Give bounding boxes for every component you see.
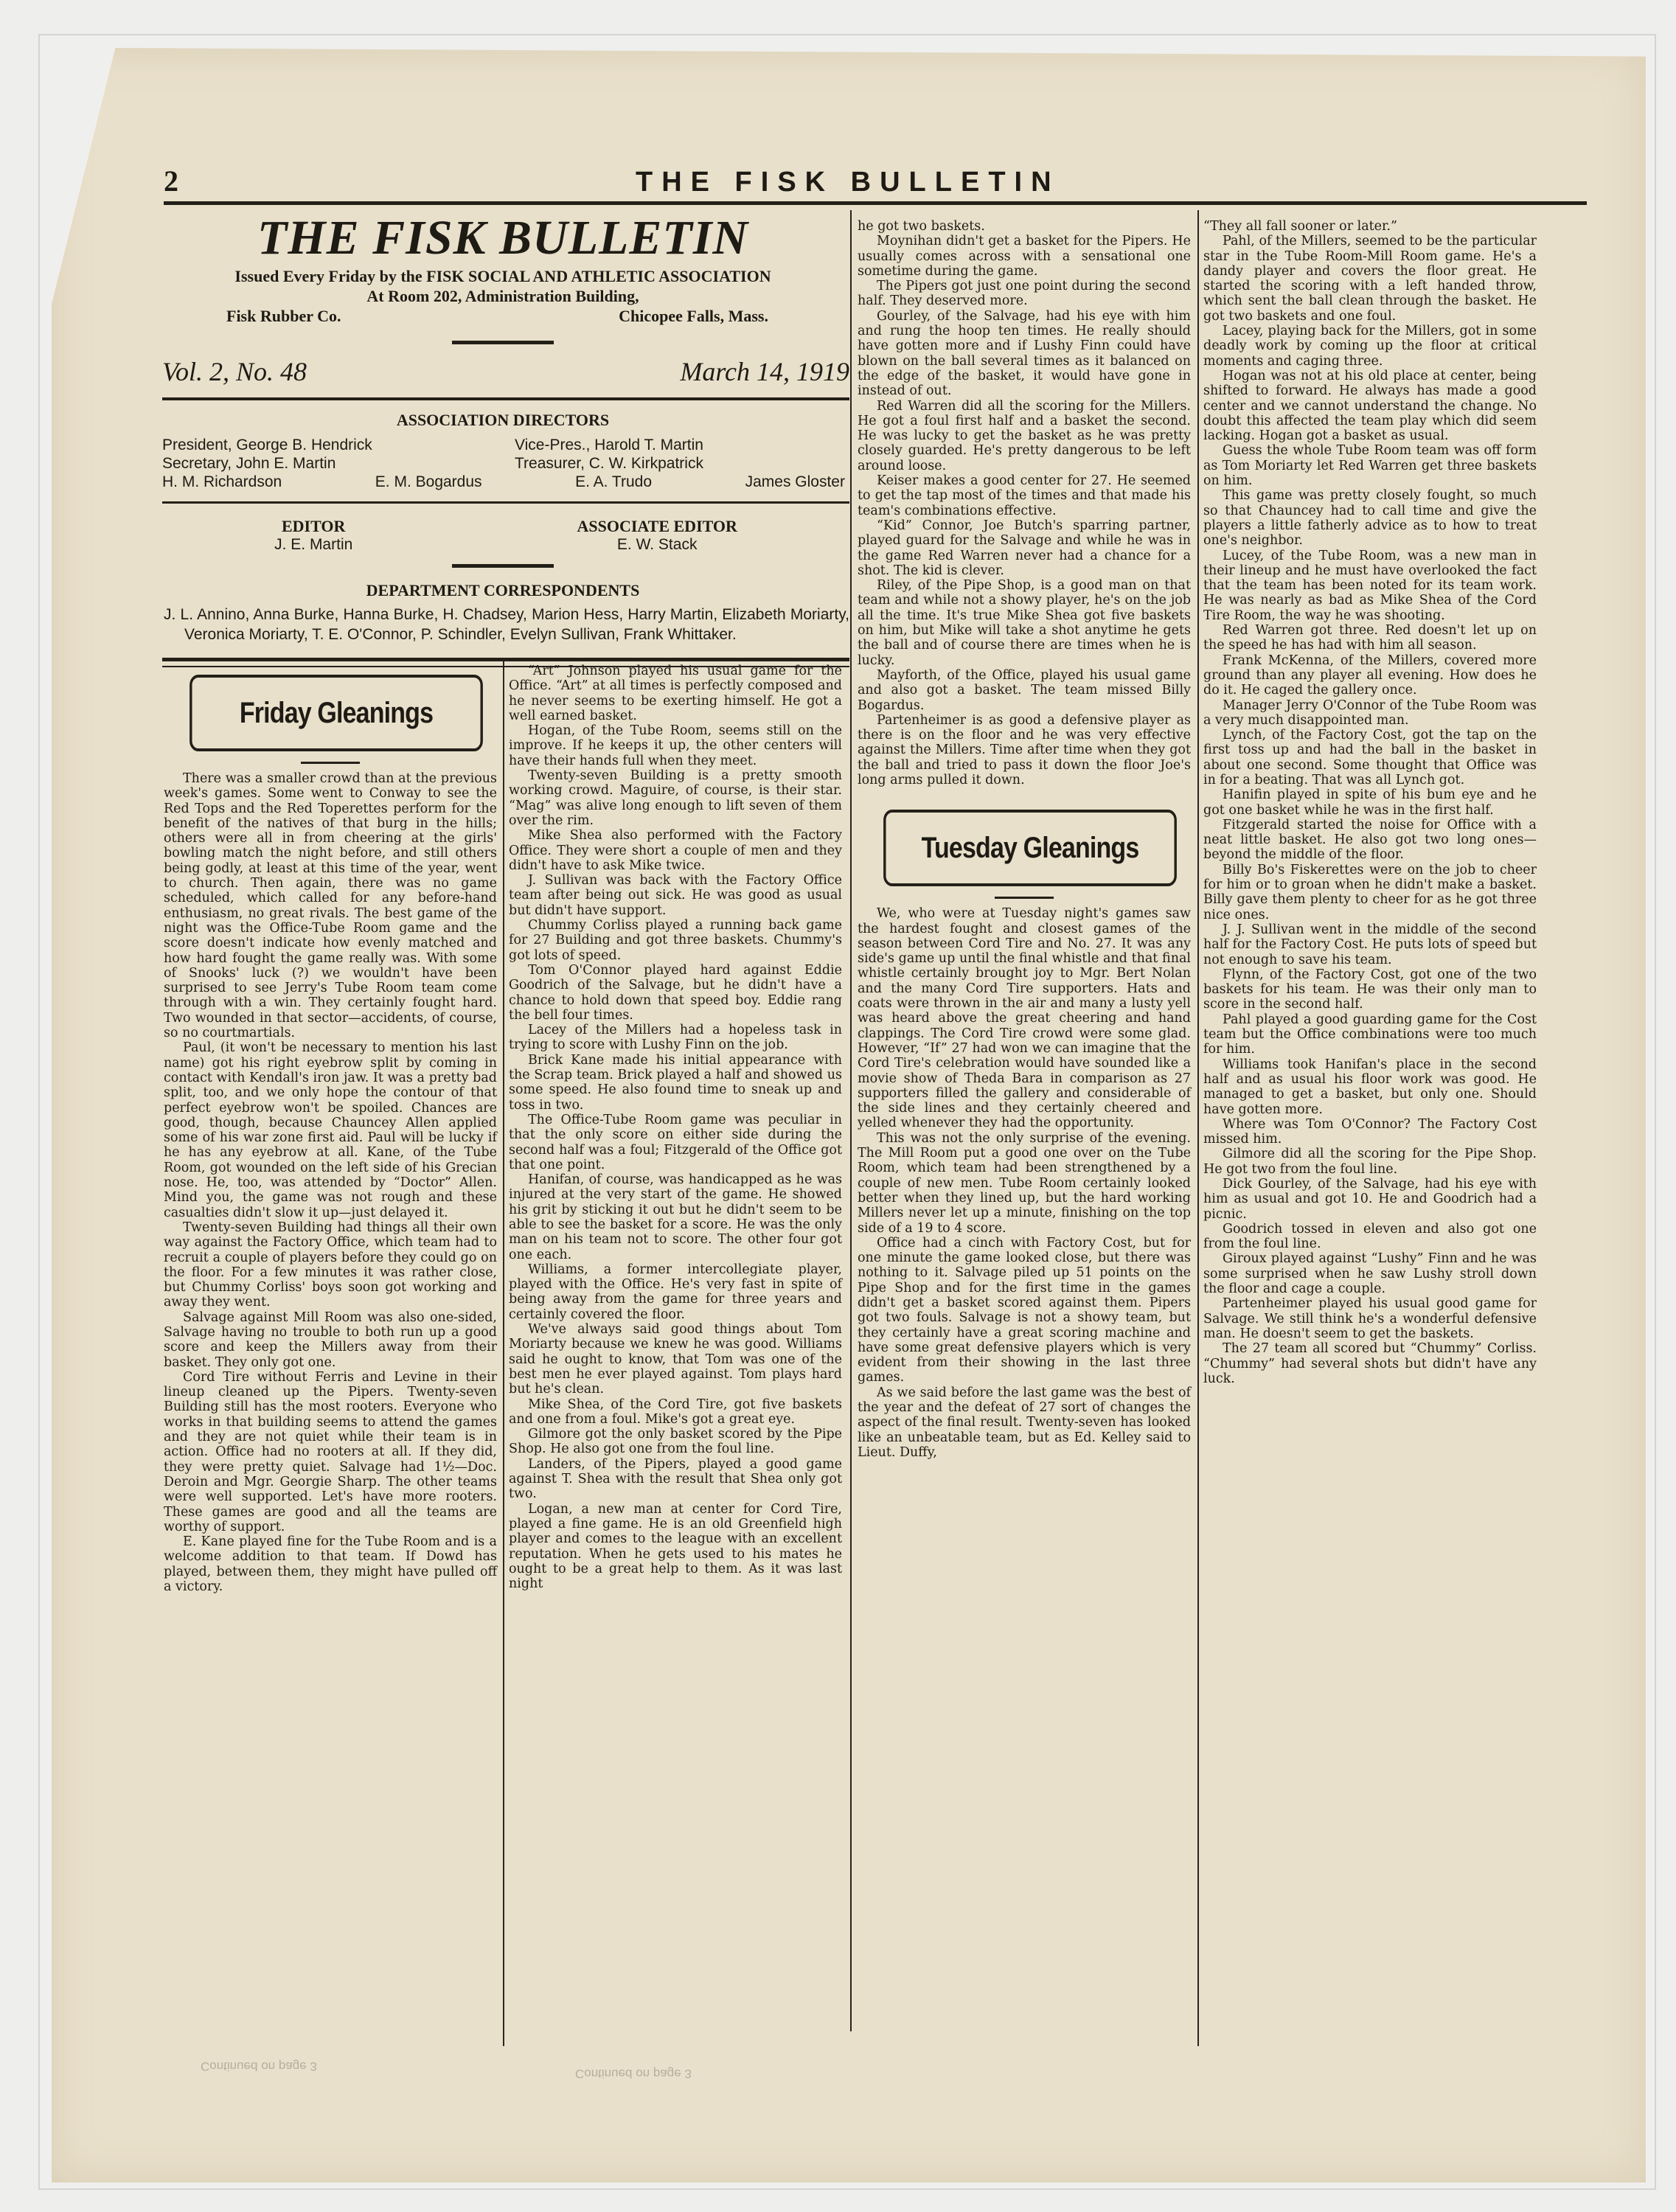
column-rule [850, 210, 852, 2031]
masthead: THE FISK BULLETIN Issued Every Friday by… [156, 210, 849, 667]
directors-list: President, George B. Hendrick Vice-Pres.… [162, 436, 849, 491]
director-treasurer: Treasurer, C. W. Kirkpatrick [515, 454, 703, 473]
director-member: H. M. Richardson [162, 473, 282, 491]
article-paragraph: Williams took Hanifan's place in the sec… [1203, 1057, 1537, 1117]
article-paragraph: Manager Jerry O'Connor of the Tube Room … [1203, 698, 1537, 728]
associate-editor-name: E. W. Stack [577, 536, 737, 554]
article-paragraph: Fitzgerald started the noise for Office … [1203, 818, 1537, 863]
divider [995, 897, 1054, 899]
article-paragraph: he got two baskets. [858, 219, 1191, 234]
director-member: E. A. Trudo [575, 473, 652, 491]
article-paragraph: Logan, a new man at center for Cord Tire… [509, 1502, 842, 1592]
article-paragraph: Chummy Corliss played a running back gam… [509, 918, 842, 963]
column-rule [1197, 210, 1199, 2046]
article-paragraph: Mike Shea also performed with the Factor… [509, 828, 842, 873]
article-paragraph: Hanifin played in spite of his bum eye a… [1203, 787, 1537, 818]
issue-date: March 14, 1919 [680, 356, 849, 387]
article-paragraph: Partenheimer is as good a defensive play… [858, 713, 1191, 787]
article-paragraph: Pahl, of the Millers, seemed to be the p… [1203, 234, 1537, 324]
article-paragraph: The Pipers got just one point during the… [858, 279, 1191, 309]
column-3: he got two baskets.Moynihan didn't get a… [858, 219, 1191, 1460]
article-paragraph: Mike Shea, of the Cord Tire, got five ba… [509, 1397, 842, 1427]
article-paragraph: Flynn, of the Factory Cost, got one of t… [1203, 967, 1537, 1012]
correspondents-list: J. L. Annino, Anna Burke, Hanna Burke, H… [164, 605, 849, 644]
article-paragraph: Keiser makes a good center for 27. He se… [858, 473, 1191, 518]
masthead-issued-by: Issued Every Friday by the FISK SOCIAL A… [156, 266, 849, 286]
article-paragraph: Hanifan, of course, was handicapped as h… [509, 1172, 842, 1262]
article-paragraph: Dick Gourley, of the Salvage, had his ey… [1203, 1177, 1537, 1222]
running-title: THE FISK BULLETIN [636, 167, 1060, 198]
top-rule [164, 201, 1587, 205]
masthead-address: At Room 202, Administration Building, [156, 286, 849, 306]
article-paragraph: Paul, (it won't be necessary to mention … [164, 1040, 497, 1220]
article-paragraph: Frank McKenna, of the Millers, covered m… [1203, 653, 1537, 698]
director-president: President, George B. Hendrick [162, 436, 515, 454]
article-body: There was a smaller crowd than at the pr… [164, 771, 497, 1594]
article-paragraph: “Kid” Connor, Joe Butch's sparring partn… [858, 518, 1191, 578]
article-paragraph: Lynch, of the Factory Cost, got the tap … [1203, 728, 1537, 787]
article-paragraph: As we said before the last game was the … [858, 1385, 1191, 1460]
bleed-through-text: Continued on page 3 [201, 2059, 317, 2073]
divider [301, 762, 360, 764]
article-paragraph: Guess the whole Tube Room team was off f… [1203, 443, 1537, 488]
article-paragraph: J. J. Sullivan went in the middle of the… [1203, 922, 1537, 967]
article-paragraph: Red Warren got three. Red doesn't let up… [1203, 623, 1537, 653]
article-body: We, who were at Tuesday night's games sa… [858, 906, 1191, 1460]
article-paragraph: Tom O'Connor played hard against Eddie G… [509, 963, 842, 1023]
article-paragraph: This game was pretty closely fought, so … [1203, 488, 1537, 548]
article-paragraph: Mayforth, of the Office, played his usua… [858, 668, 1191, 713]
article-paragraph: Moynihan didn't get a basket for the Pip… [858, 234, 1191, 279]
article-paragraph: There was a smaller crowd than at the pr… [164, 771, 497, 1040]
correspondents-heading: DEPARTMENT CORRESPONDENTS [156, 581, 849, 600]
editors-block: EDITOR J. E. Martin ASSOCIATE EDITOR E. … [162, 517, 849, 554]
article-paragraph: Where was Tom O'Connor? The Factory Cost… [1203, 1117, 1537, 1147]
article-paragraph: E. Kane played fine for the Tube Room an… [164, 1534, 497, 1594]
article-body: he got two baskets.Moynihan didn't get a… [858, 219, 1191, 787]
article-paragraph: Gilmore got the only basket scored by th… [509, 1427, 842, 1457]
friday-gleanings-column-1: Friday Gleanings There was a smaller cro… [164, 675, 497, 1594]
article-paragraph: Brick Kane made his initial appearance w… [509, 1053, 842, 1113]
friday-gleanings-heading: Friday Gleanings [189, 675, 483, 751]
article-paragraph: Cord Tire without Ferris and Levine in t… [164, 1370, 497, 1534]
bleed-through-text: Continued on page 3 [575, 2066, 692, 2081]
article-paragraph: We, who were at Tuesday night's games sa… [858, 906, 1191, 1130]
article-paragraph: Lacey of the Millers had a hopeless task… [509, 1023, 842, 1053]
newspaper-page: 2 THE FISK BULLETIN THE FISK BULLETIN Is… [0, 0, 1676, 2212]
article-body: “They all fall sooner or later.”Pahl, of… [1203, 219, 1537, 1386]
tuesday-gleanings-heading: Tuesday Gleanings [883, 810, 1177, 886]
article-paragraph: Williams, a former intercollegiate playe… [509, 1262, 842, 1322]
article-paragraph: We've always said good things about Tom … [509, 1322, 842, 1397]
column-rule [503, 660, 504, 2046]
masthead-title: THE FISK BULLETIN [156, 210, 849, 266]
article-paragraph: Lacey, playing back for the Millers, got… [1203, 324, 1537, 369]
article-paragraph: Goodrich tossed in eleven and also got o… [1203, 1222, 1537, 1252]
article-paragraph: Gilmore did all the scoring for the Pipe… [1203, 1147, 1537, 1177]
friday-gleanings-column-2: “Art” Johnson played his usual game for … [509, 664, 842, 1591]
article-paragraph: The 27 team all scored but “Chummy” Corl… [1203, 1341, 1537, 1386]
director-vice-president: Vice-Pres., Harold T. Martin [515, 436, 703, 454]
divider [162, 397, 849, 400]
tuesday-gleanings-column-4: “They all fall sooner or later.”Pahl, of… [1203, 219, 1537, 1386]
article-paragraph: Red Warren did all the scoring for the M… [858, 399, 1191, 473]
director-member: James Gloster [745, 473, 845, 491]
article-paragraph: Lucey, of the Tube Room, was a new man i… [1203, 549, 1537, 623]
directors-heading: ASSOCIATION DIRECTORS [156, 411, 849, 430]
masthead-company: Fisk Rubber Co. [226, 306, 341, 326]
article-paragraph: Salvage against Mill Room was also one-s… [164, 1310, 497, 1370]
article-paragraph: Hogan was not at his old place at center… [1203, 369, 1537, 443]
masthead-city: Chicopee Falls, Mass. [619, 306, 768, 326]
associate-editor-label: ASSOCIATE EDITOR [577, 517, 737, 536]
running-head: 2 THE FISK BULLETIN [164, 164, 1587, 201]
article-paragraph: Partenheimer played his usual good game … [1203, 1296, 1537, 1341]
article-paragraph: “Art” Johnson played his usual game for … [509, 664, 842, 723]
divider [162, 501, 849, 504]
article-paragraph: Office had a cinch with Factory Cost, bu… [858, 1236, 1191, 1385]
article-paragraph: Pahl played a good guarding game for the… [1203, 1012, 1537, 1057]
article-paragraph: Twenty-seven Building is a pretty smooth… [509, 768, 842, 828]
article-paragraph: “They all fall sooner or later.” [1203, 219, 1537, 234]
article-paragraph: Giroux played against “Lushy” Finn and h… [1203, 1251, 1537, 1296]
article-paragraph: Billy Bo's Fiskerettes were on the job t… [1203, 863, 1537, 922]
editor-name: J. E. Martin [274, 536, 352, 554]
issue-line: Vol. 2, No. 48 March 14, 1919 [156, 356, 849, 387]
article-paragraph: J. Sullivan was back with the Factory Of… [509, 873, 842, 918]
article-paragraph: The Office-Tube Room game was peculiar i… [509, 1113, 842, 1172]
page-number: 2 [164, 164, 178, 198]
divider [452, 564, 554, 568]
article-paragraph: Twenty-seven Building had things all the… [164, 1220, 497, 1310]
editor-label: EDITOR [274, 517, 352, 536]
article-paragraph: Gourley, of the Salvage, had his eye wit… [858, 309, 1191, 399]
article-paragraph: This was not the only surprise of the ev… [858, 1131, 1191, 1236]
article-paragraph: Landers, of the Pipers, played a good ga… [509, 1457, 842, 1502]
article-body: “Art” Johnson played his usual game for … [509, 664, 842, 1591]
divider [452, 341, 554, 344]
article-paragraph: Hogan, of the Tube Room, seems still on … [509, 723, 842, 768]
director-secretary: Secretary, John E. Martin [162, 454, 515, 473]
masthead-location: Fisk Rubber Co. Chicopee Falls, Mass. [156, 306, 849, 326]
article-paragraph: Riley, of the Pipe Shop, is a good man o… [858, 578, 1191, 668]
director-member: E. M. Bogardus [375, 473, 482, 491]
volume-number: Vol. 2, No. 48 [162, 356, 307, 387]
